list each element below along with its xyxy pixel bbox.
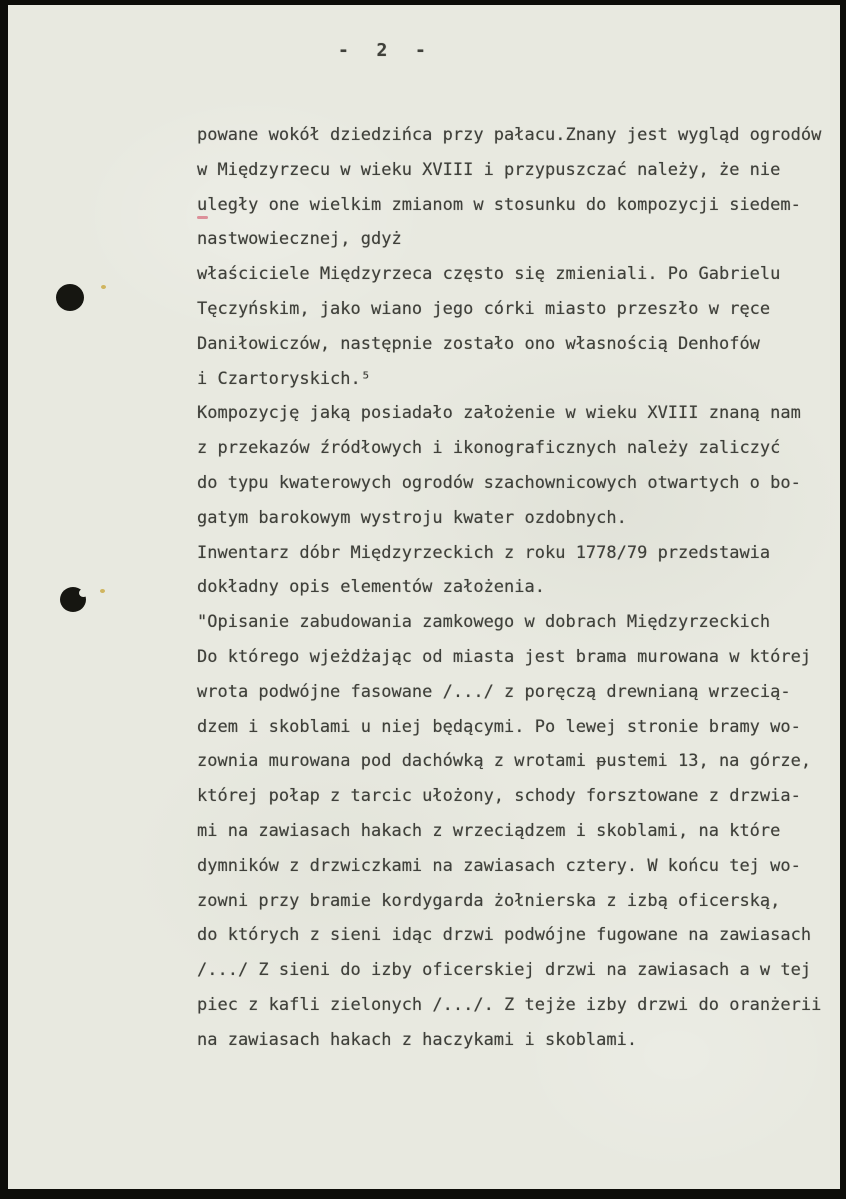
text-line: Inwentarz dóbr Międzyrzeckich z roku 177…	[197, 536, 842, 571]
paper-speck-bottom	[100, 589, 105, 593]
text-line: Kompozycję jaką posiadało założenie w wi…	[197, 396, 842, 431]
text-line: nastwowiecznej, gdyż	[197, 222, 842, 257]
text-line: wrota podwójne fasowane /.../ z poręczą …	[197, 675, 842, 710]
scan-edge-bottom	[0, 1189, 846, 1199]
text-line: uległy one wielkim zmianom w stosunku do…	[197, 188, 842, 223]
scanned-typewritten-page: - 2 - powane wokół dziedzińca przy pałac…	[0, 0, 846, 1199]
text-line: której połap z tarcic ułożony, schody fo…	[197, 779, 842, 814]
text-line: w Międzyrzecu w wieku XVIII i przypuszcz…	[197, 153, 842, 188]
text-line: /.../ Z sieni do izby oficerskiej drzwi …	[197, 953, 842, 988]
text-line: "Opisanie zabudowania zamkowego w dobrac…	[197, 605, 842, 640]
text-line: mi na zawiasach hakach z wrzeciądzem i s…	[197, 814, 842, 849]
text-line: zowni przy bramie kordygarda żołnierska …	[197, 884, 842, 919]
hole-punch-top	[56, 284, 84, 311]
text-line: piec z kafli zielonych /.../. Z tejże iz…	[197, 988, 842, 1023]
text-line: powane wokół dziedzińca przy pałacu.Znan…	[197, 118, 842, 153]
text-line: Daniłowiczów, następnie zostało ono włas…	[197, 327, 842, 362]
paper-speck-top	[101, 285, 106, 289]
text-line: właściciele Międzyrzeca często się zmien…	[197, 257, 842, 292]
typewritten-text-block: powane wokół dziedzińca przy pałacu.Znan…	[197, 118, 842, 1058]
text-line: Tęczyńskim, jako wiano jego córki miasto…	[197, 292, 842, 327]
text-line: gatym barokowym wystroju kwater ozdobnyc…	[197, 501, 842, 536]
text-line: dymników z drzwiczkami na zawiasach czte…	[197, 849, 842, 884]
text-line: z przekazów źródłowych i ikonograficznyc…	[197, 431, 842, 466]
hole-punch-bottom	[60, 587, 86, 612]
text-line: na zawiasach hakach z haczykami i skobla…	[197, 1023, 842, 1058]
page-number: - 2 -	[338, 40, 428, 61]
text-line: i Czartoryskich.⁵	[197, 362, 842, 397]
text-line: Do którego wjeżdżając od miasta jest bra…	[197, 640, 842, 675]
text-line: dzem i skoblami u niej będącymi. Po lewe…	[197, 710, 842, 745]
text-line: dokładny opis elementów założenia.	[197, 570, 842, 605]
hole-punch-notch	[79, 589, 88, 597]
scan-edge-left	[0, 0, 8, 1199]
text-line: do których z sieni idąc drzwi podwójne f…	[197, 918, 842, 953]
text-line: zownia murowana pod dachówką z wrotami ᵽ…	[197, 744, 842, 779]
scan-edge-top	[0, 0, 846, 5]
text-line: do typu kwaterowych ogrodów szachownicow…	[197, 466, 842, 501]
